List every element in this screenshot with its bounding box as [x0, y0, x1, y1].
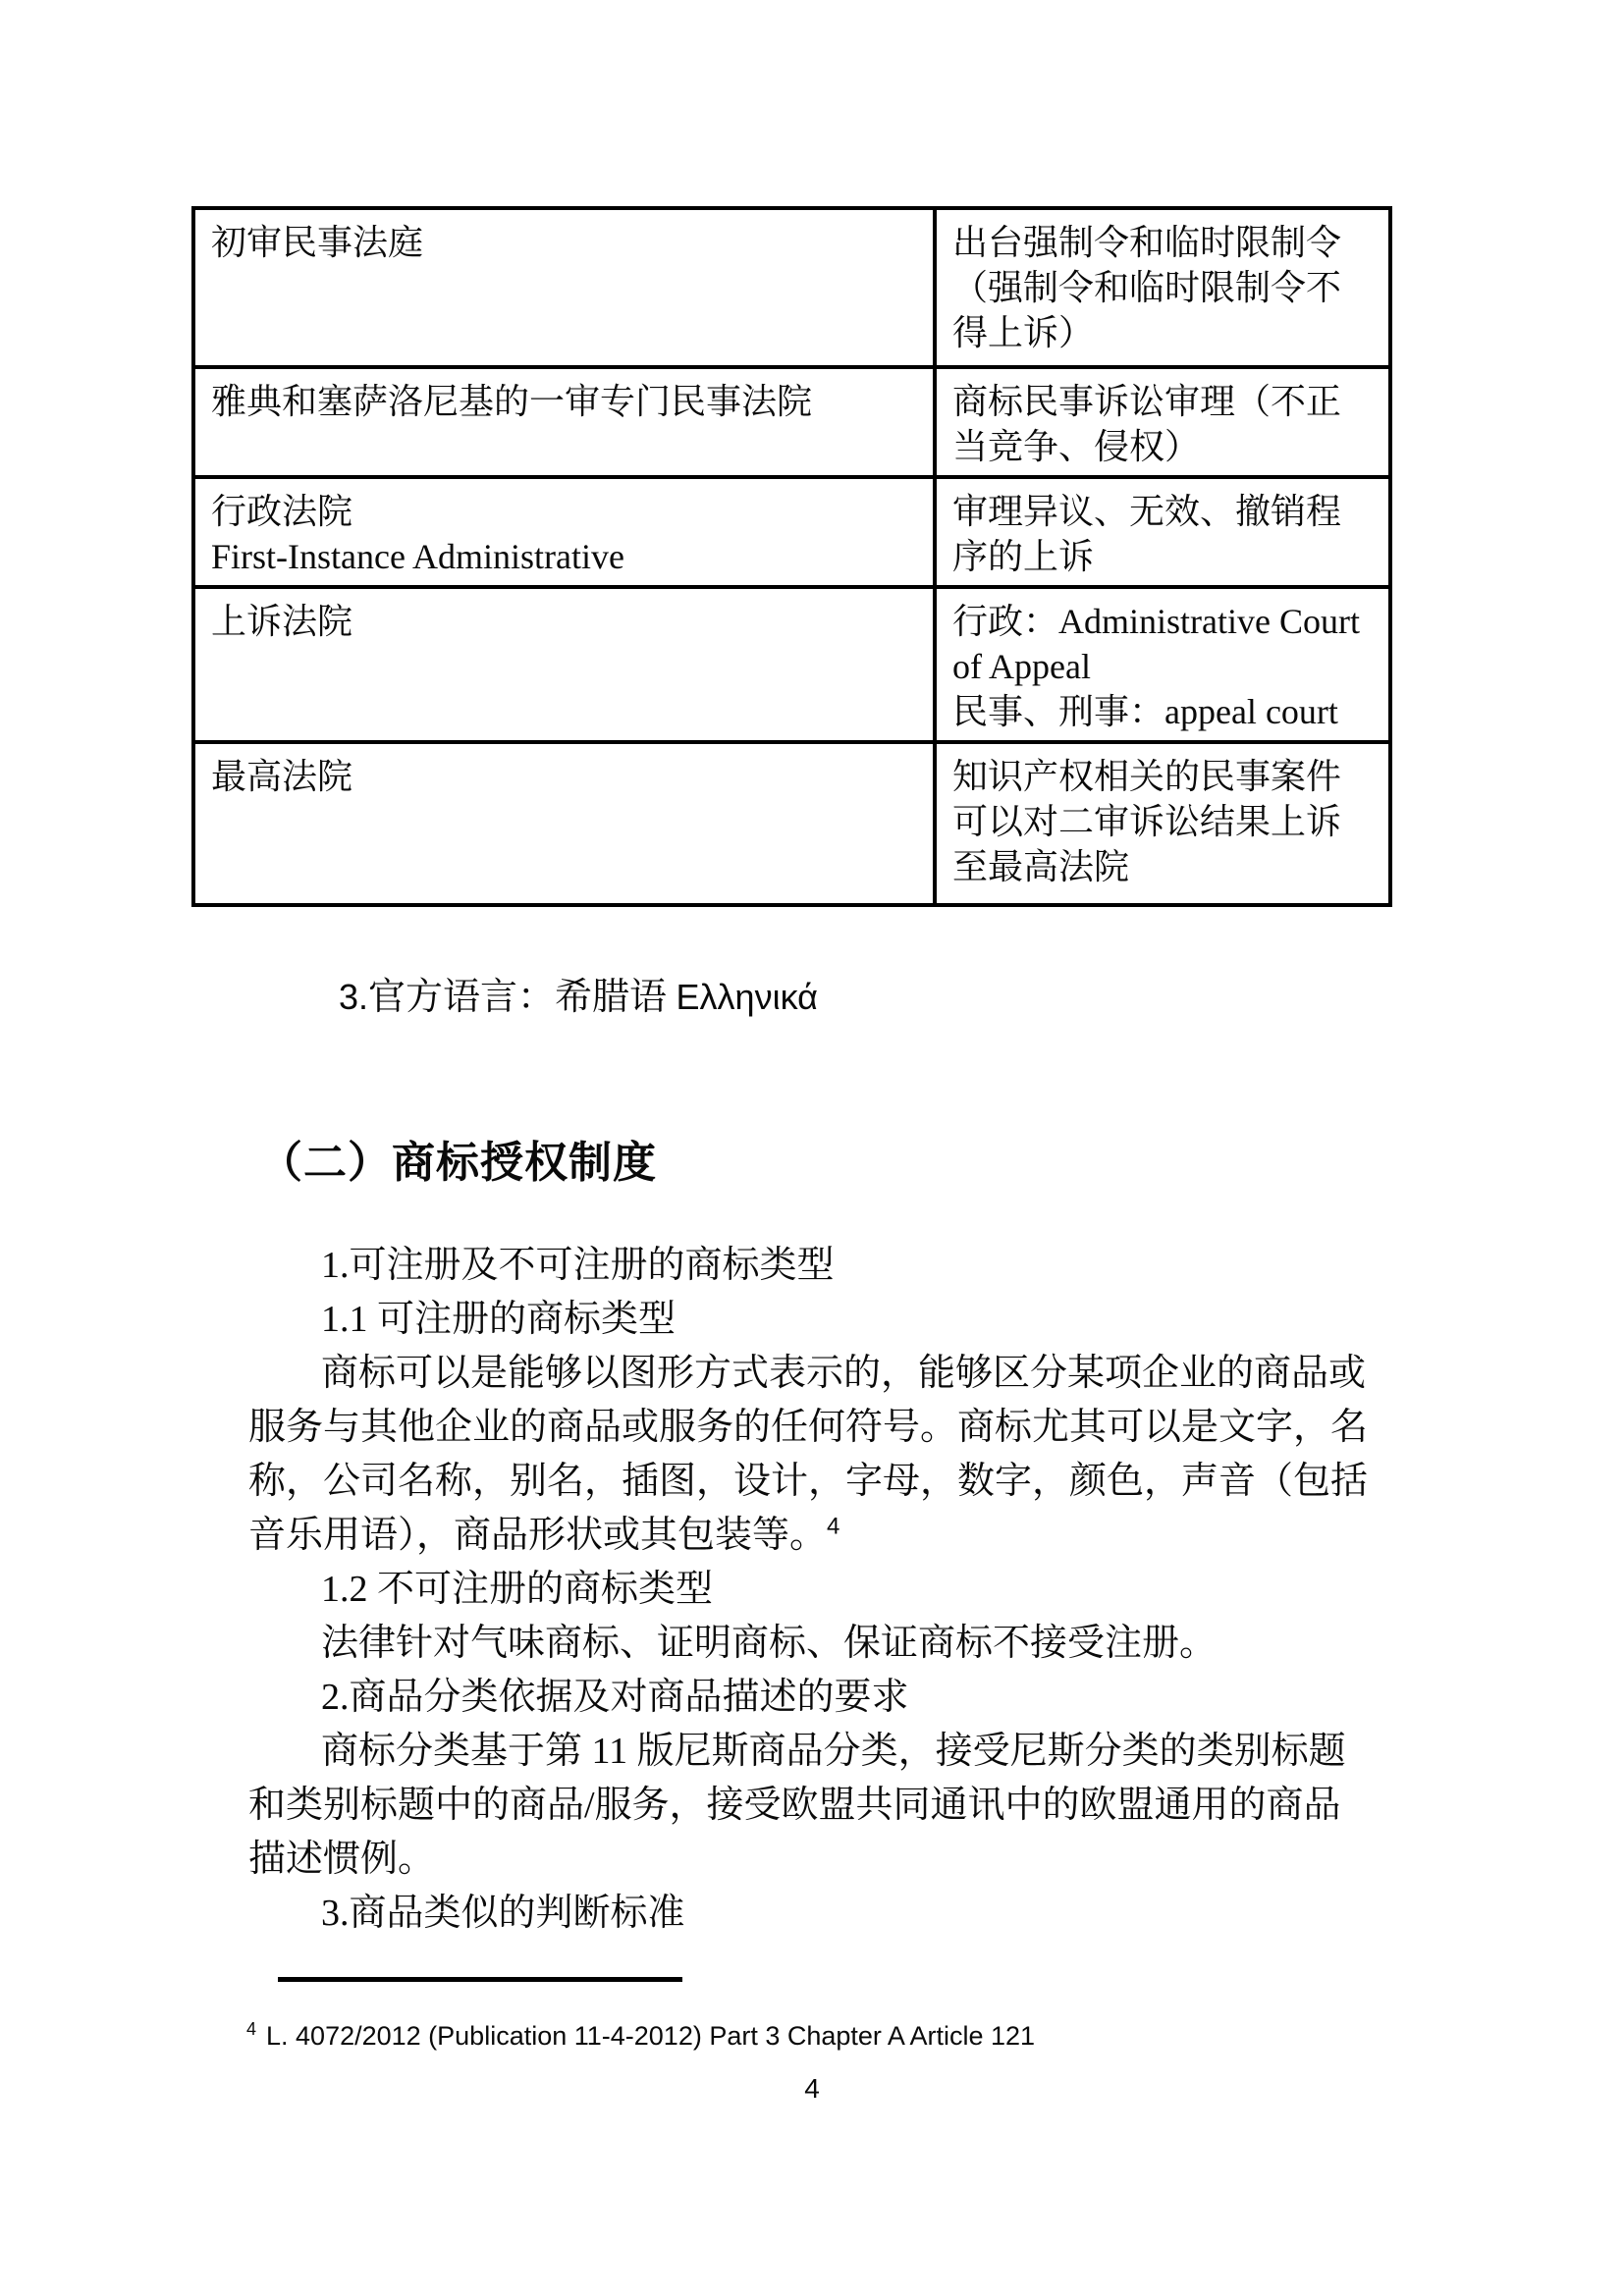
table-row: 雅典和塞萨洛尼基的一审专门民事法院 商标民事诉讼审理（不正当竞争、侵权） [195, 365, 1388, 475]
court-function-cell: 知识产权相关的民事案件可以对二审诉讼结果上诉至最高法院 [937, 744, 1388, 903]
text-line: of Appeal [952, 644, 1373, 689]
text-line: 最高法院 [211, 754, 917, 799]
footnote-reference: 4 [827, 1513, 839, 1539]
text-line: 审理异议、无效、撤销程 [952, 489, 1373, 534]
table-row: 上诉法院 行政：Administrative Courtof Appeal民事、… [195, 585, 1388, 740]
court-name-cell: 最高法院 [195, 744, 937, 903]
court-function-cell: 商标民事诉讼审理（不正当竞争、侵权） [937, 369, 1388, 475]
footnote-text: L. 4072/2012 (Publication 11-4-2012) Par… [266, 2021, 1035, 2051]
text-line: 称，公司名称，别名，插图，设计，字母，数字，颜色，声音（包括 [248, 1455, 1397, 1509]
text-line: 得上诉） [952, 310, 1373, 355]
courts-table: 初审民事法庭 出台强制令和临时限制令（强制令和临时限制令不得上诉） 雅典和塞萨洛… [191, 206, 1392, 907]
greek-word: Ελληνικά [677, 977, 818, 1017]
text-line: 雅典和塞萨洛尼基的一审专门民事法院 [211, 379, 917, 424]
table-row: 行政法院First-Instance Administrative 审理异议、无… [195, 475, 1388, 585]
text-line: 行政：Administrative Court [952, 599, 1373, 644]
text-line: 民事、刑事：appeal court [952, 689, 1373, 734]
text-line: 2.商品分类依据及对商品描述的要求 [248, 1671, 1397, 1725]
text-line: 商标民事诉讼审理（不正 [952, 379, 1373, 424]
footnote-marker: 4 [246, 2019, 256, 2039]
court-function-cell: 审理异议、无效、撤销程序的上诉 [937, 479, 1388, 585]
text-line: 商标可以是能够以图形方式表示的，能够区分某项企业的商品或 [248, 1347, 1397, 1401]
document-page: 初审民事法庭 出台强制令和临时限制令（强制令和临时限制令不得上诉） 雅典和塞萨洛… [0, 0, 1624, 2296]
text-line: 行政法院 [211, 489, 917, 534]
court-function-cell: 行政：Administrative Courtof Appeal民事、刑事：ap… [937, 589, 1388, 740]
court-name-cell: 初审民事法庭 [195, 210, 937, 365]
text-line: 当竞争、侵权） [952, 424, 1373, 469]
table-row: 初审民事法庭 出台强制令和临时限制令（强制令和临时限制令不得上诉） [195, 210, 1388, 365]
text-line: 1.2 不可注册的商标类型 [248, 1563, 1397, 1617]
court-name-cell: 行政法院First-Instance Administrative [195, 479, 937, 585]
body-text: 1.可注册及不可注册的商标类型1.1 可注册的商标类型商标可以是能够以图形方式表… [248, 1239, 1397, 1941]
text-line: 1.1 可注册的商标类型 [248, 1293, 1397, 1347]
footnote: 4L. 4072/2012 (Publication 11-4-2012) Pa… [246, 2017, 1035, 2055]
text-line: 至最高法院 [952, 844, 1373, 889]
court-name-cell: 雅典和塞萨洛尼基的一审专门民事法院 [195, 369, 937, 475]
text-line: 上诉法院 [211, 599, 917, 644]
text-line: 和类别标题中的商品/服务，接受欧盟共同通讯中的欧盟通用的商品 [248, 1779, 1397, 1833]
court-function-cell: 出台强制令和临时限制令（强制令和临时限制令不得上诉） [937, 210, 1388, 365]
footnote-separator [278, 1977, 682, 1982]
text-line: 1.可注册及不可注册的商标类型 [248, 1239, 1397, 1293]
text-line: 初审民事法庭 [211, 220, 917, 265]
page-number: 4 [0, 2073, 1624, 2105]
court-name-cell: 上诉法院 [195, 589, 937, 740]
text-line: 知识产权相关的民事案件 [952, 754, 1373, 799]
official-language-line: 3.官方语言：希腊语 Ελληνικά [339, 970, 818, 1025]
text-line: First-Instance Administrative [211, 534, 917, 579]
text-line: 3.商品类似的判断标准 [248, 1887, 1397, 1941]
text-line: 可以对二审诉讼结果上诉 [952, 799, 1373, 844]
text-line: 序的上诉 [952, 534, 1373, 579]
text-line: （强制令和临时限制令不 [952, 265, 1373, 310]
text-line: 音乐用语），商品形状或其包装等。4 [248, 1509, 1397, 1563]
text-line: 商标分类基于第 11 版尼斯商品分类，接受尼斯分类的类别标题 [248, 1725, 1397, 1779]
text-line: 描述惯例。 [248, 1833, 1397, 1887]
official-language-text: 官方语言：希腊语 [368, 977, 677, 1018]
text-line: 法律针对气味商标、证明商标、保证商标不接受注册。 [248, 1617, 1397, 1671]
text-line: 服务与其他企业的商品或服务的任何符号。商标尤其可以是文字，名 [248, 1401, 1397, 1455]
list-number: 3. [339, 977, 368, 1017]
section-heading: （二）商标授权制度 [259, 1127, 657, 1190]
text-line: 出台强制令和临时限制令 [952, 220, 1373, 265]
table-row: 最高法院 知识产权相关的民事案件可以对二审诉讼结果上诉至最高法院 [195, 740, 1388, 903]
